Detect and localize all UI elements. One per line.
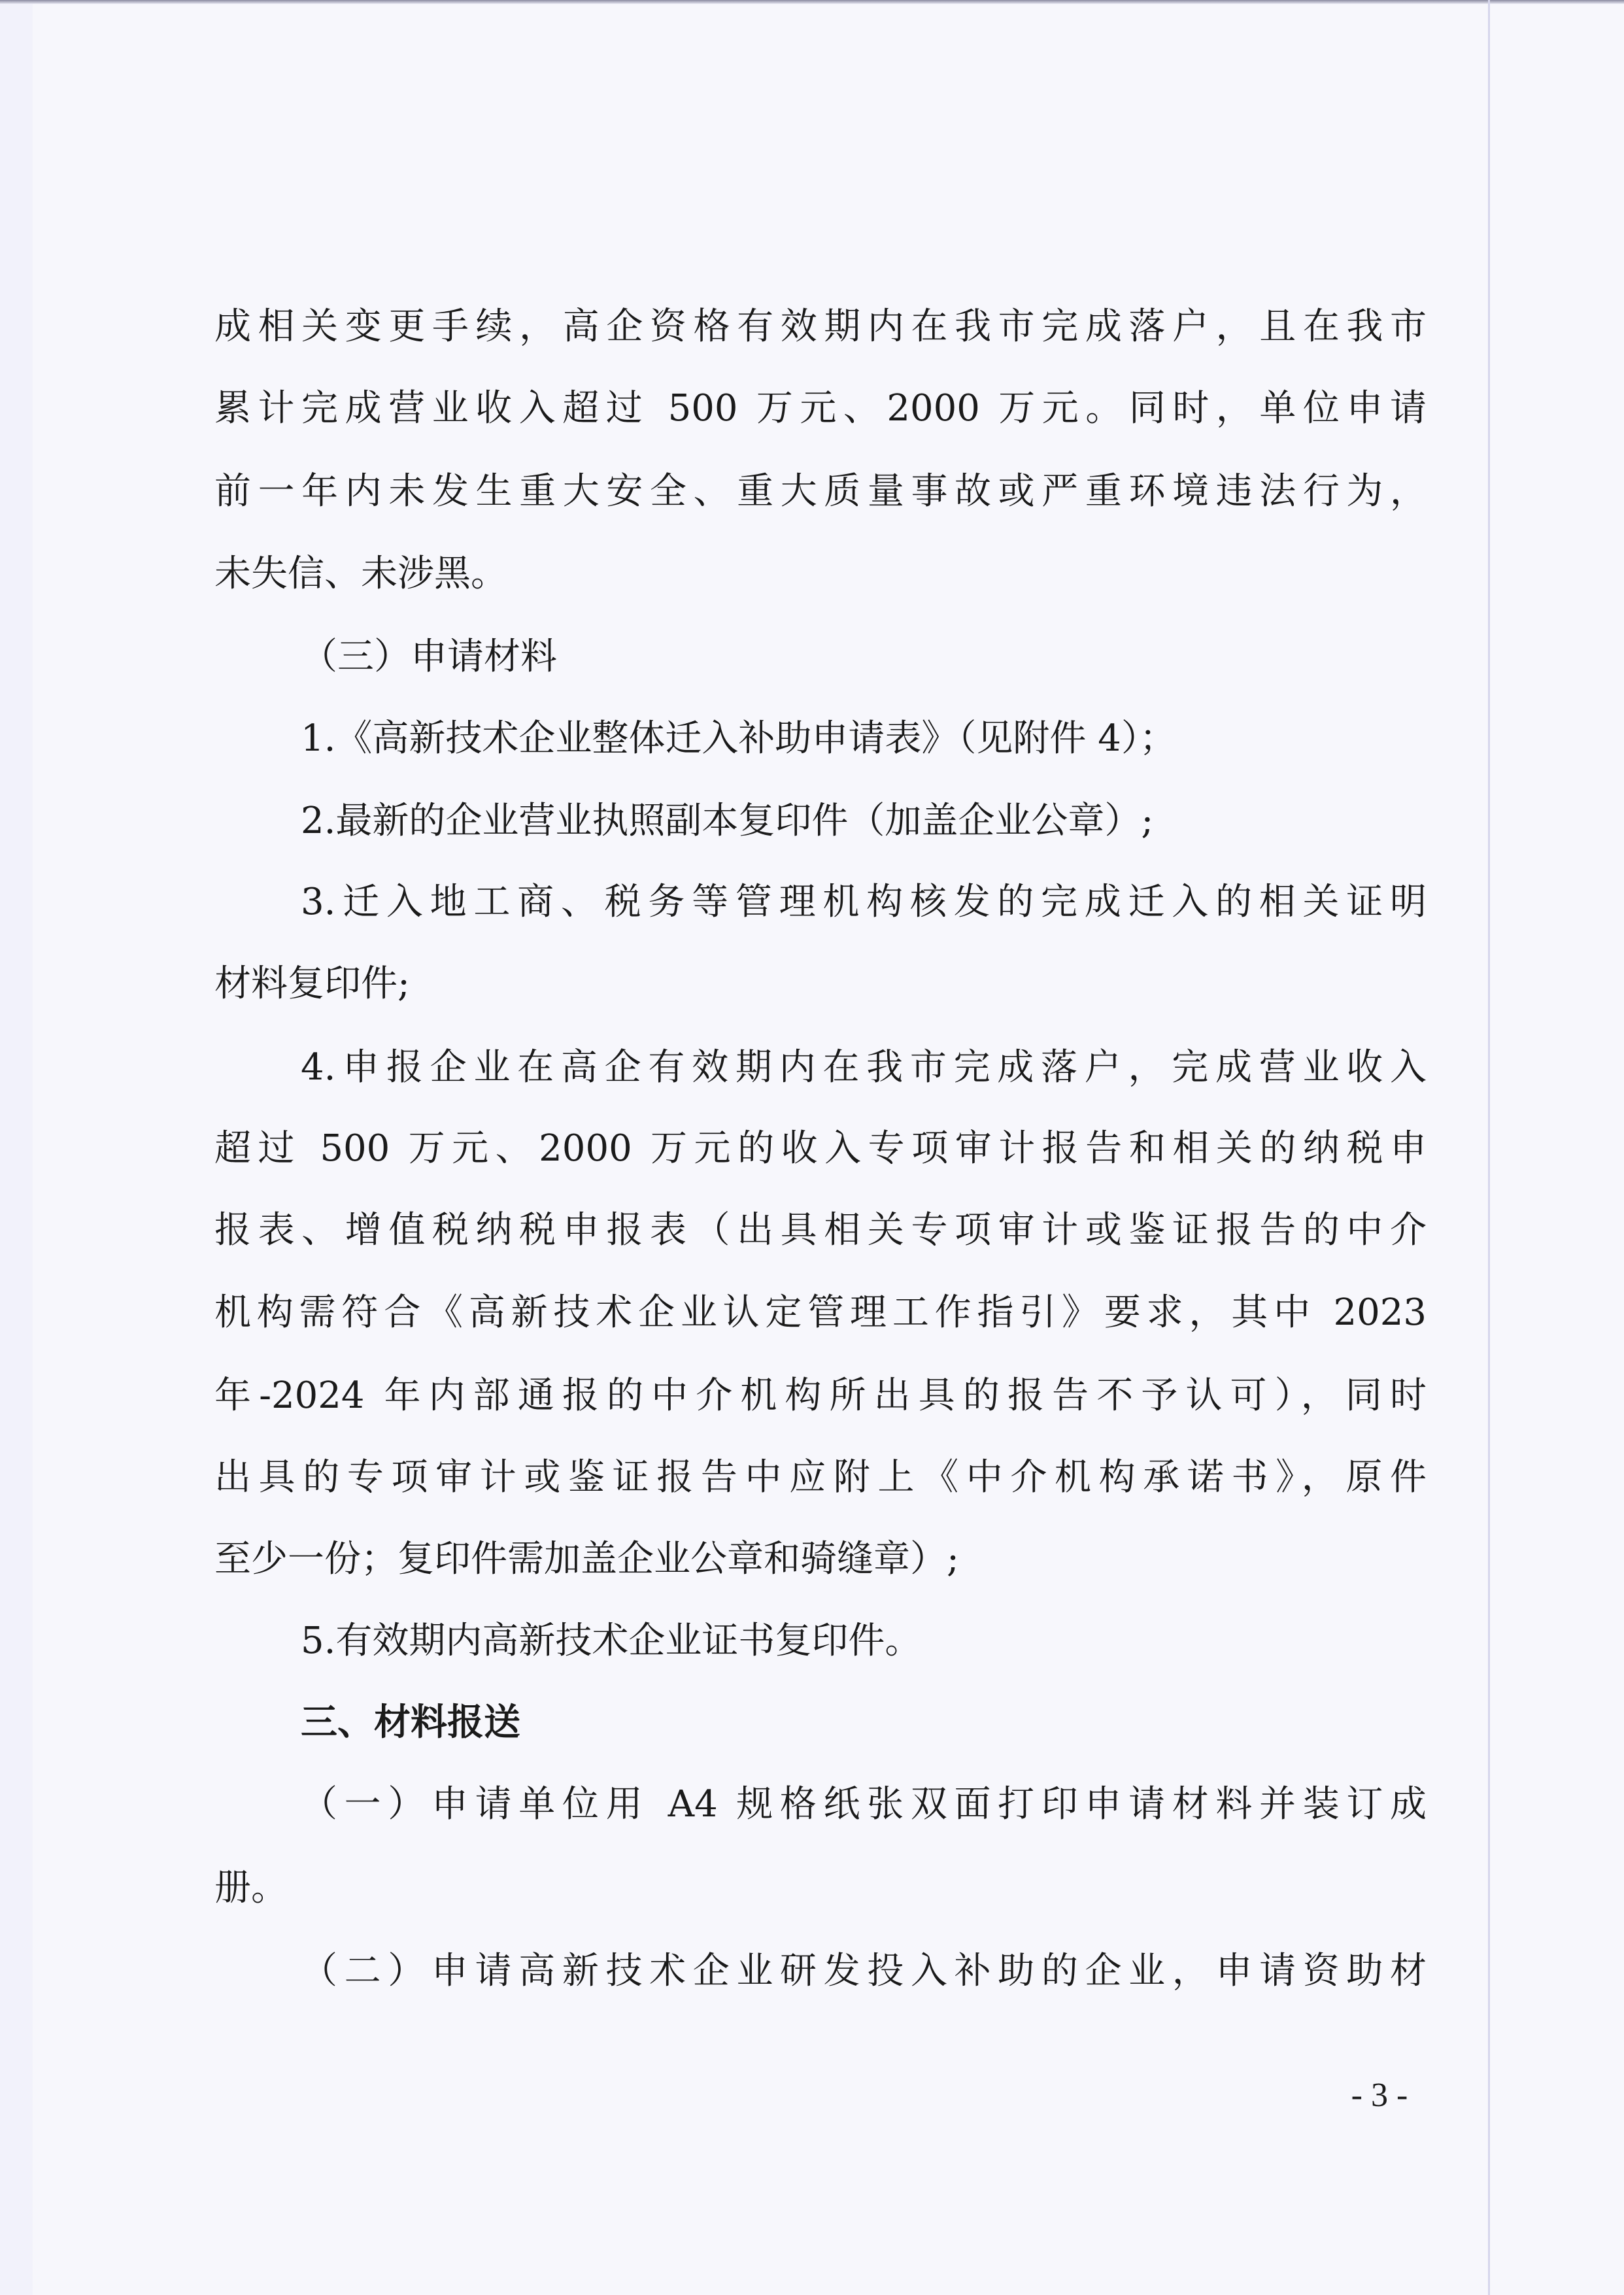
- paragraph-line: （一）申请单位用 A4 规格纸张双面打印申请材料并装订成: [301, 1778, 1427, 1831]
- list-item-continuation: 报表、增值税纳税申报表（出具相关专项审计或鉴证报告的中介: [214, 1204, 1427, 1257]
- list-item-continuation: 出具的专项审计或鉴证报告中应附上《中介机构承诺书》，原件: [214, 1452, 1427, 1504]
- list-item-continuation: 至少一份；复印件需加盖企业公章和骑缝章）;: [214, 1533, 1427, 1586]
- list-item: 3.迁入地工商、税务等管理机构核发的完成迁入的相关证明: [301, 876, 1427, 928]
- subsection-heading: （三）申请材料: [301, 631, 1427, 683]
- list-item-continuation: 机构需符合《高新技术企业认定管理工作指引》要求，其中 2023: [214, 1287, 1427, 1339]
- paragraph-line: 前一年内未发生重大安全、重大质量事故或严重环境违法行为，: [214, 466, 1427, 518]
- page-number: - 3 -: [1327, 2073, 1432, 2118]
- list-item-continuation: 年-2024 年内部通报的中介机构所出具的报告不予认可），同时: [214, 1370, 1427, 1422]
- paragraph-line: （二）申请高新技术企业研发投入补助的企业，申请资助材: [301, 1945, 1427, 1997]
- paragraph-line: 累计完成营业收入超过 500 万元、2000 万元。同时，单位申请: [214, 382, 1427, 435]
- paragraph-line: 册。: [214, 1862, 1427, 1914]
- list-item-continuation: 超过 500 万元、2000 万元的收入专项审计报告和相关的纳税申: [214, 1123, 1427, 1175]
- paragraph-line: 成相关变更手续，高企资格有效期内在我市完成落户，且在我市: [214, 301, 1427, 353]
- list-item: 5.有效期内高新技术企业证书复印件。: [301, 1615, 1427, 1667]
- list-item-continuation: 材料复印件;: [214, 958, 1427, 1010]
- list-item: 2.最新的企业营业执照副本复印件（加盖企业公章）;: [301, 795, 1427, 847]
- list-item: 1.《高新技术企业整体迁入补助申请表》（见附件 4）；: [301, 713, 1427, 765]
- list-item: 4.申报企业在高企有效期内在我市完成落户，完成营业收入: [301, 1042, 1427, 1094]
- document-page: 成相关变更手续，高企资格有效期内在我市完成落户，且在我市 累计完成营业收入超过 …: [0, 0, 1624, 2295]
- paragraph-line: 未失信、未涉黑。: [214, 548, 1427, 600]
- section-heading: 三、材料报送: [301, 1697, 1427, 1749]
